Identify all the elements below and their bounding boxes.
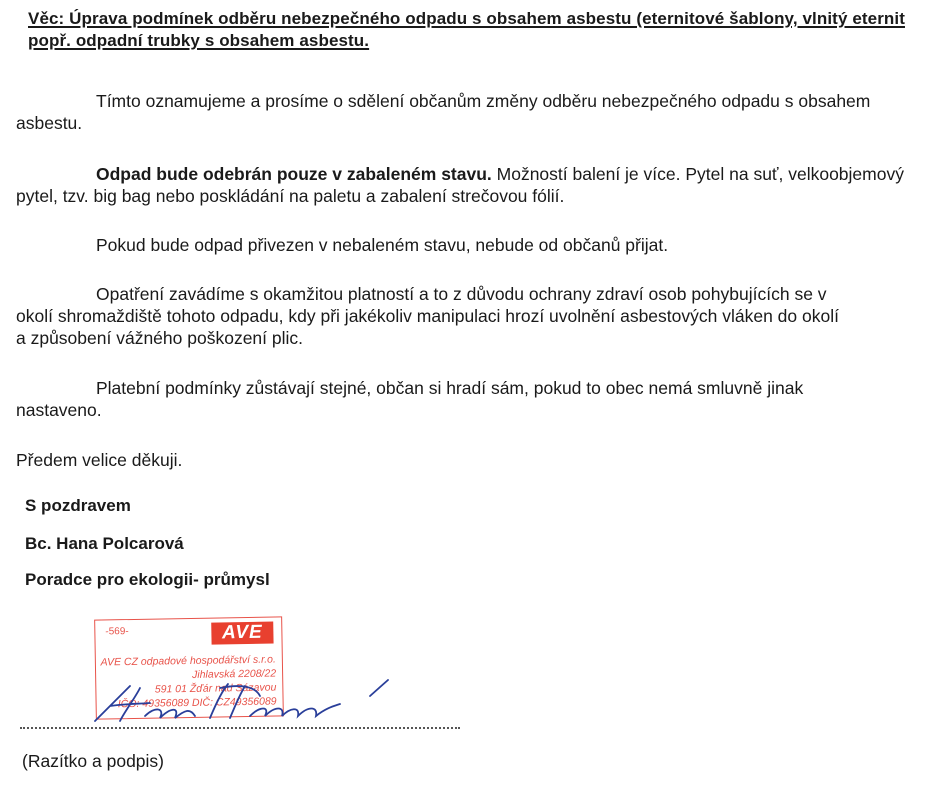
paragraph-text: Tímto oznamujeme a prosíme o sdělení obč… xyxy=(16,91,870,133)
paragraph-rejection: Pokud bude odpad přivezen v nebaleném st… xyxy=(16,234,916,256)
paragraph-notice: Tímto oznamujeme a prosíme o sdělení obč… xyxy=(16,90,916,134)
thanks-line: Předem velice děkuji. xyxy=(16,449,916,471)
paragraph-text: Pokud bude odpad přivezen v nebaleném st… xyxy=(96,235,668,255)
paragraph-payment: Platební podmínky zůstávají stejné, obča… xyxy=(16,377,846,421)
packaging-requirement: Odpad bude odebrán pouze v zabaleném sta… xyxy=(96,164,492,184)
closing-greeting: S pozdravem xyxy=(25,496,131,516)
stamp-company: AVE CZ odpadové hospodářství s.r.o. xyxy=(100,653,275,668)
stamp-number: -569- xyxy=(105,626,129,637)
paragraph-text: Platební podmínky zůstávají stejné, obča… xyxy=(16,378,803,420)
paragraph-packaging: Odpad bude odebrán pouze v zabaleném sta… xyxy=(16,163,916,207)
paragraph-text: Opatření zavádíme s okamžitou platností … xyxy=(16,284,839,348)
signature-line xyxy=(20,727,460,729)
subject-heading: Věc: Úprava podmínek odběru nebezpečného… xyxy=(28,8,908,52)
signer-name: Bc. Hana Polcarová xyxy=(25,534,184,554)
paragraph-reason: Opatření zavádíme s okamžitou platností … xyxy=(16,283,846,349)
signature-caption: (Razítko a podpis) xyxy=(22,751,164,772)
signer-role: Poradce pro ekologii- průmysl xyxy=(25,570,270,590)
handwritten-signature xyxy=(90,676,400,726)
ave-logo: AVE xyxy=(211,622,273,645)
